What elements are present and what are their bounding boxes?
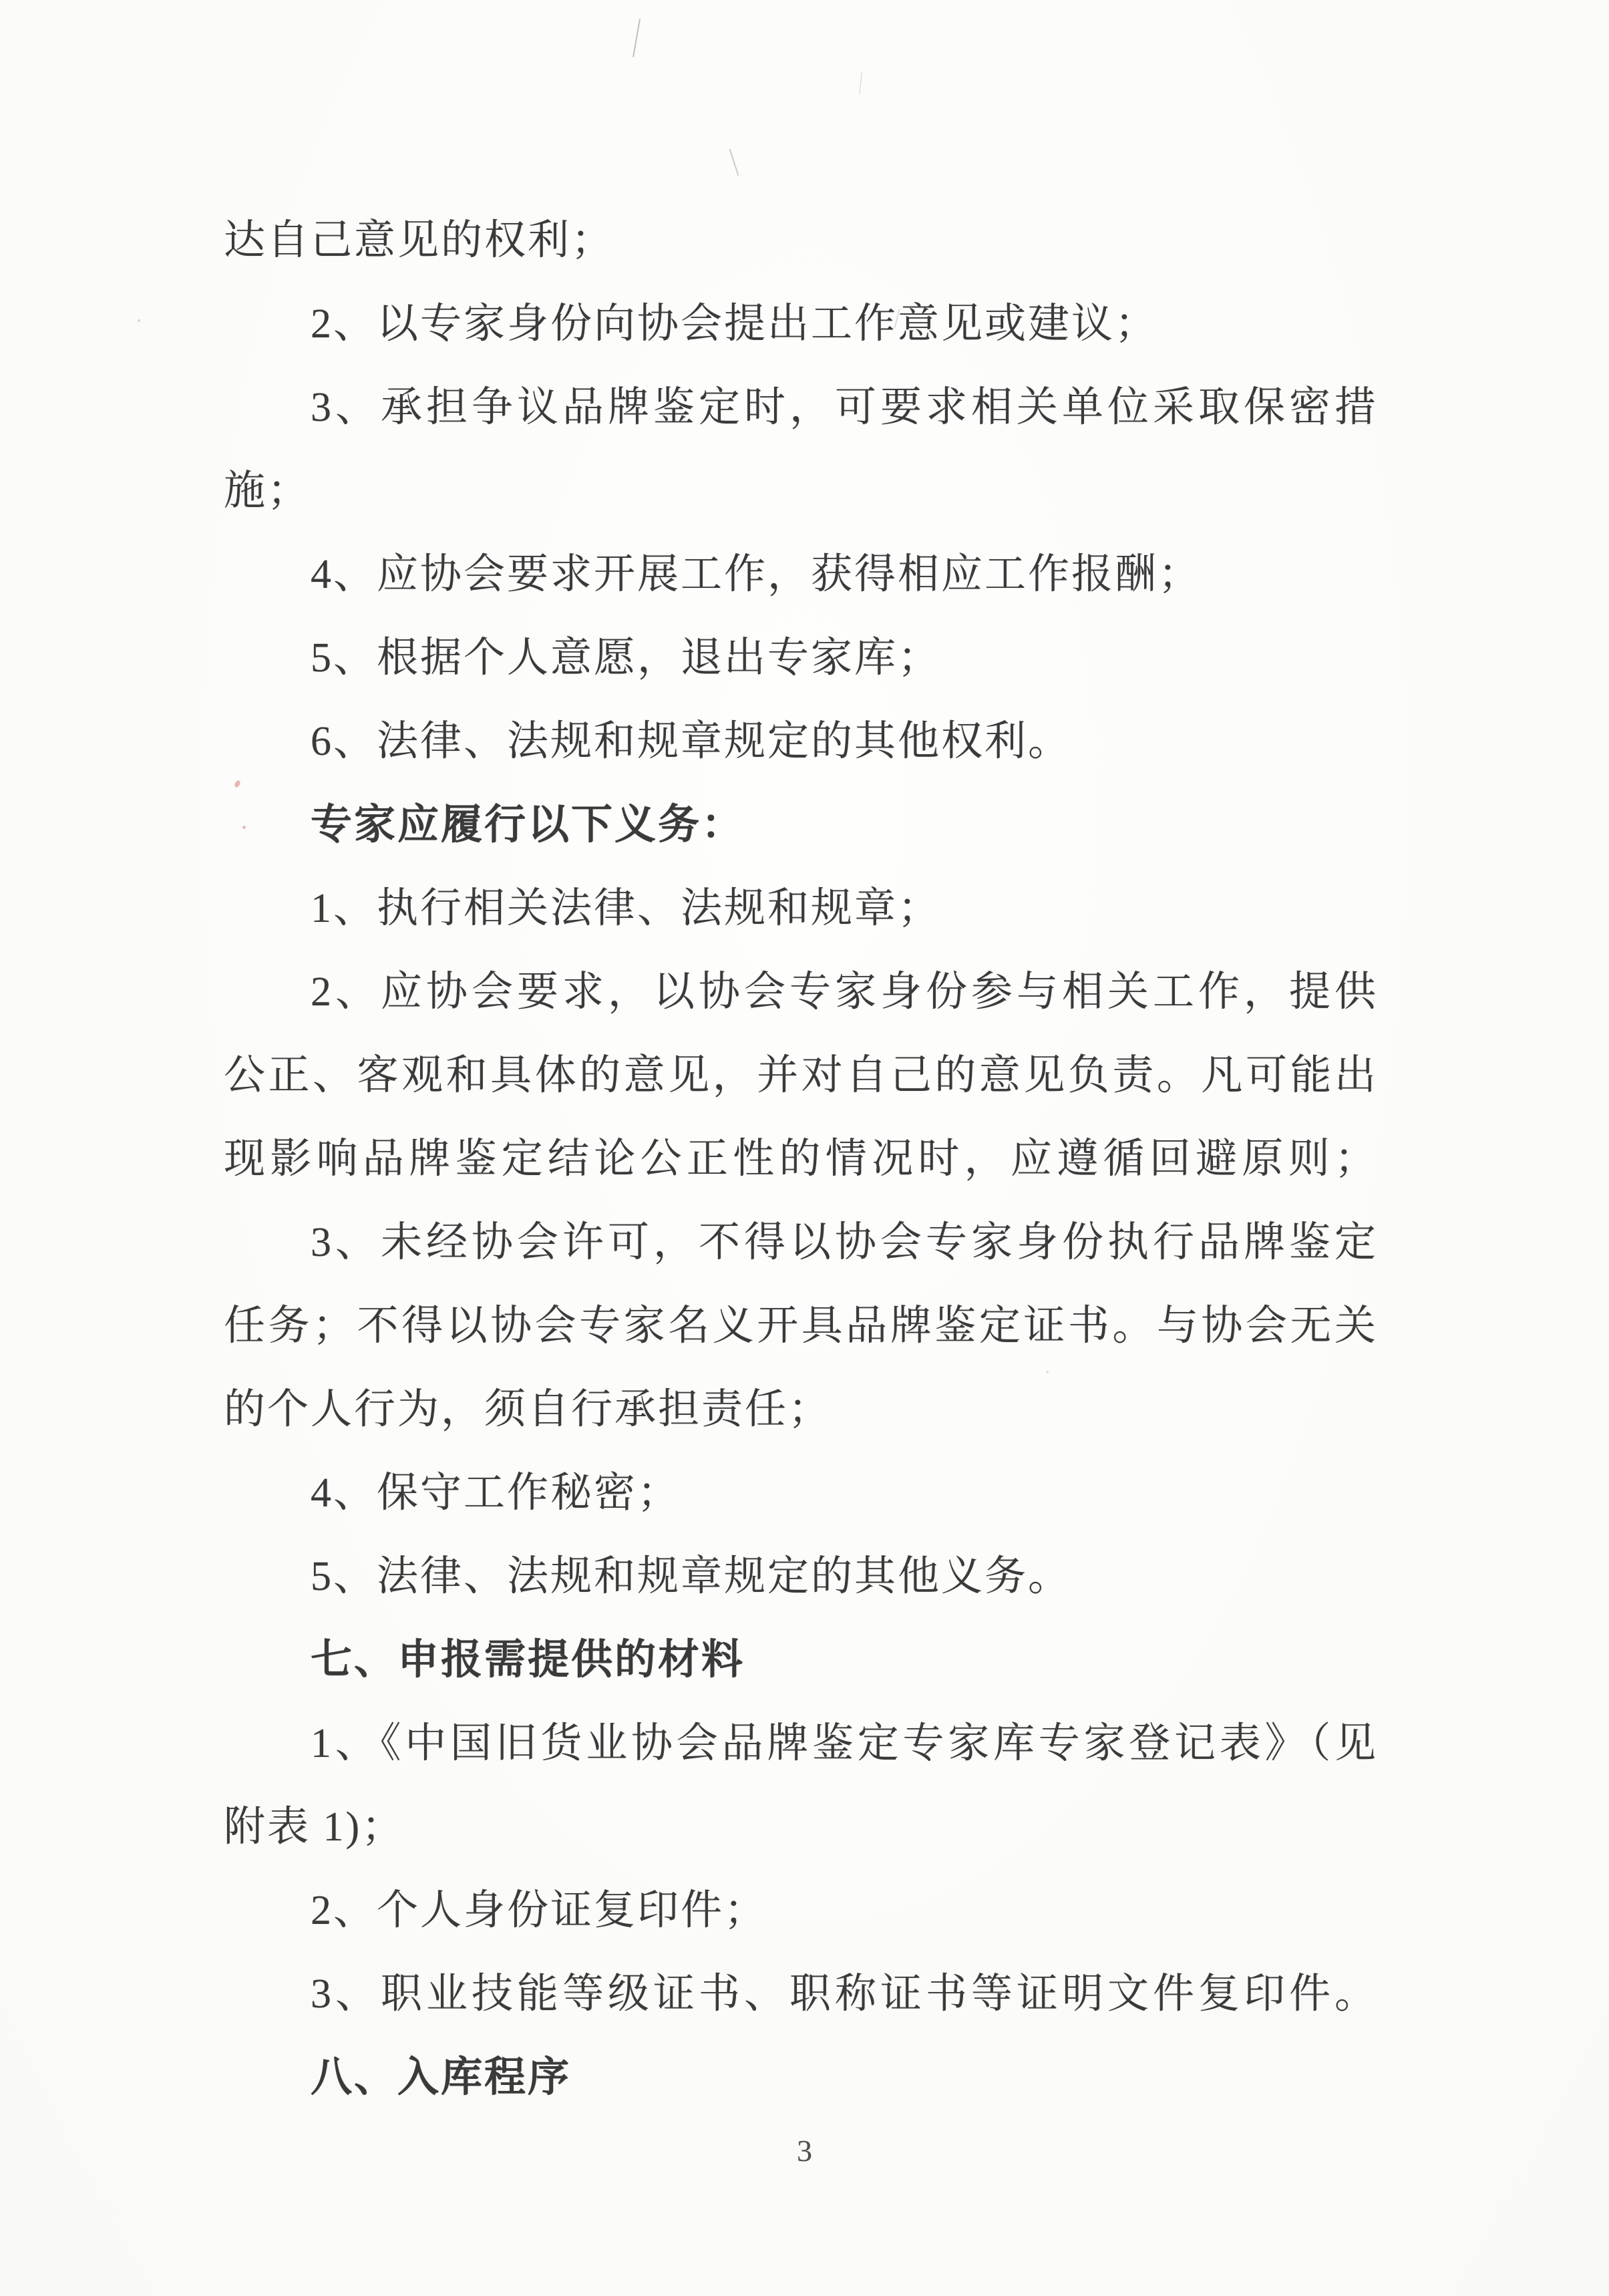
text-line: 1、《中国旧货业协会品牌鉴定专家库专家登记表》（见 <box>224 1702 1376 1786</box>
text-line: 任务；不得以协会专家名义开具品牌鉴定证书。与协会无关 <box>224 1285 1376 1368</box>
text-line: 4、应协会要求开展工作，获得相应工作报酬； <box>224 533 1376 617</box>
text-line: 七、申报需提供的材料 <box>224 1619 1376 1702</box>
text-line: 2、应协会要求，以协会专家身份参与相关工作，提供 <box>224 951 1376 1034</box>
text-line: 3、未经协会许可，不得以协会专家身份执行品牌鉴定 <box>224 1201 1376 1285</box>
text-line: 专家应履行以下义务： <box>224 784 1376 867</box>
text-line: 5、根据个人意愿，退出专家库； <box>224 617 1376 700</box>
document-text: 达自己意见的权利；2、以专家身份向协会提出工作意见或建议；3、承担争议品牌鉴定时… <box>224 199 1376 2120</box>
text-line: 6、法律、法规和规章规定的其他权利。 <box>224 700 1376 784</box>
scan-speck <box>729 149 739 176</box>
text-line: 八、入库程序 <box>224 2036 1376 2120</box>
text-line: 施； <box>224 450 1376 533</box>
text-line: 3、职业技能等级证书、职称证书等证明文件复印件。 <box>224 1953 1376 2036</box>
scanned-document-page: 达自己意见的权利；2、以专家身份向协会提出工作意见或建议；3、承担争议品牌鉴定时… <box>0 0 1609 2296</box>
text-line: 1、执行相关法律、法规和规章； <box>224 867 1376 951</box>
text-line: 4、保守工作秘密； <box>224 1452 1376 1535</box>
text-line: 5、法律、法规和规章规定的其他义务。 <box>224 1535 1376 1619</box>
scan-speck <box>633 19 641 57</box>
text-line: 的个人行为，须自行承担责任； <box>224 1368 1376 1452</box>
text-line: 达自己意见的权利； <box>224 199 1376 283</box>
text-line: 附表 1)； <box>224 1786 1376 1869</box>
text-line: 2、以专家身份向协会提出工作意见或建议； <box>224 283 1376 366</box>
text-line: 现影响品牌鉴定结论公正性的情况时，应遵循回避原则； <box>224 1118 1376 1201</box>
scan-speck <box>859 72 862 95</box>
text-line: 公正、客观和具体的意见，并对自己的意见负责。凡可能出 <box>224 1034 1376 1118</box>
text-line: 3、承担争议品牌鉴定时，可要求相关单位采取保密措 <box>224 366 1376 450</box>
page-number: 3 <box>0 2131 1609 2171</box>
text-line: 2、个人身份证复印件； <box>224 1869 1376 1953</box>
scan-speck <box>138 319 140 322</box>
